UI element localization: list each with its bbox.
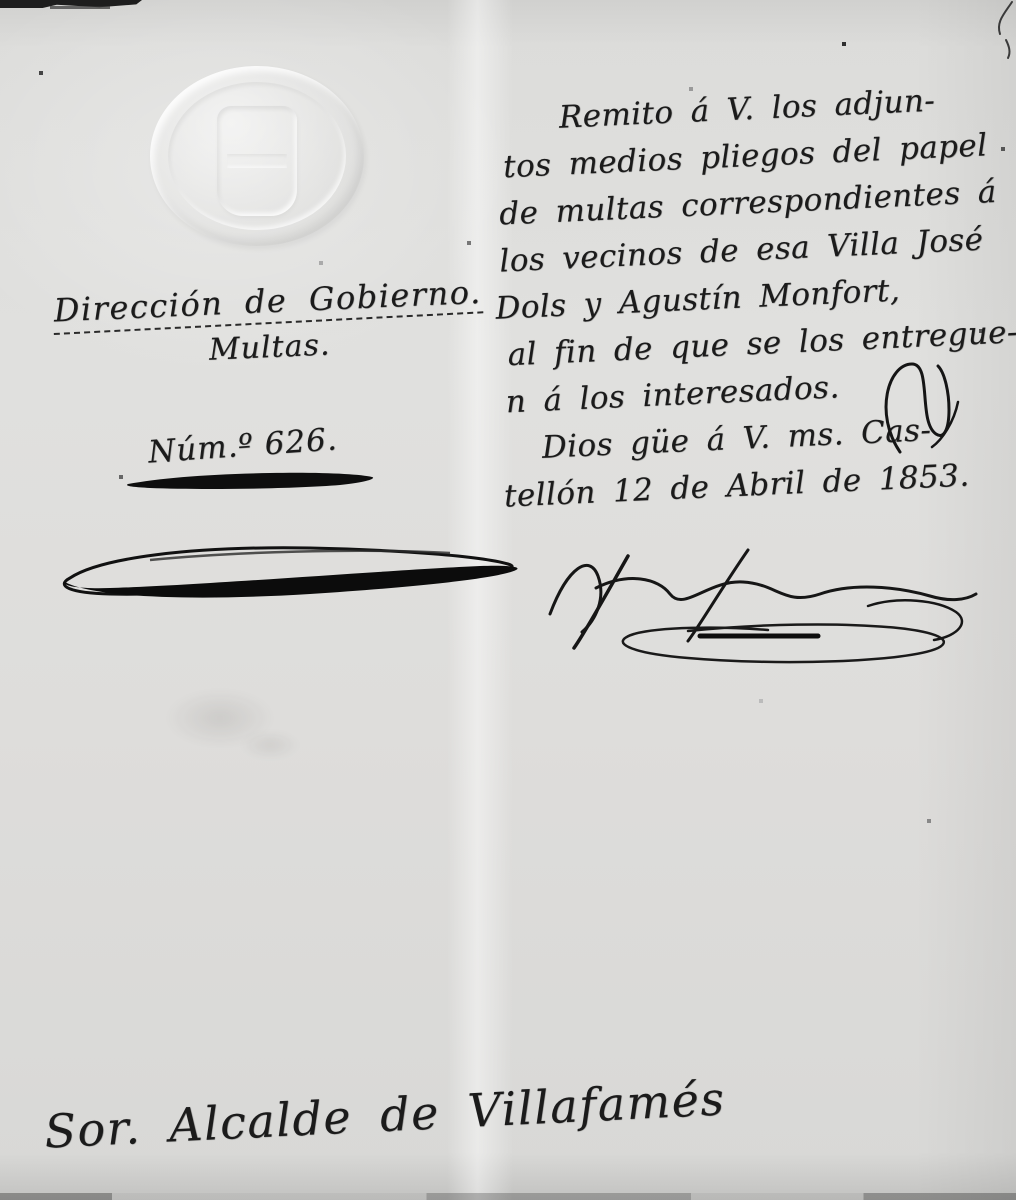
embossed-seal-shield-band	[227, 154, 287, 168]
signature-flourish	[538, 536, 983, 671]
number-underline-stroke	[120, 462, 380, 492]
scanned-letter-page: Dirección de Gobierno. Multas. Núm.º 626…	[0, 0, 1016, 1200]
scan-edge-artifact-top-left-2	[50, 6, 110, 9]
ink-specks	[0, 0, 2, 2]
pen-rubric	[862, 352, 972, 467]
addressee-line: Sor. Alcalde de Villafamés	[43, 1071, 726, 1158]
paper-smudge-2	[240, 730, 300, 760]
letterhead-section-line: Multas.	[44, 320, 495, 375]
embossed-seal	[150, 66, 364, 246]
ink-flourish	[30, 520, 530, 620]
scan-edge-artifact-bottom	[0, 1193, 1016, 1200]
page-corner-curl-mark	[966, 0, 1016, 60]
embossed-seal-shield	[217, 106, 297, 216]
letterhead-block: Dirección de Gobierno. Multas.	[42, 272, 495, 375]
